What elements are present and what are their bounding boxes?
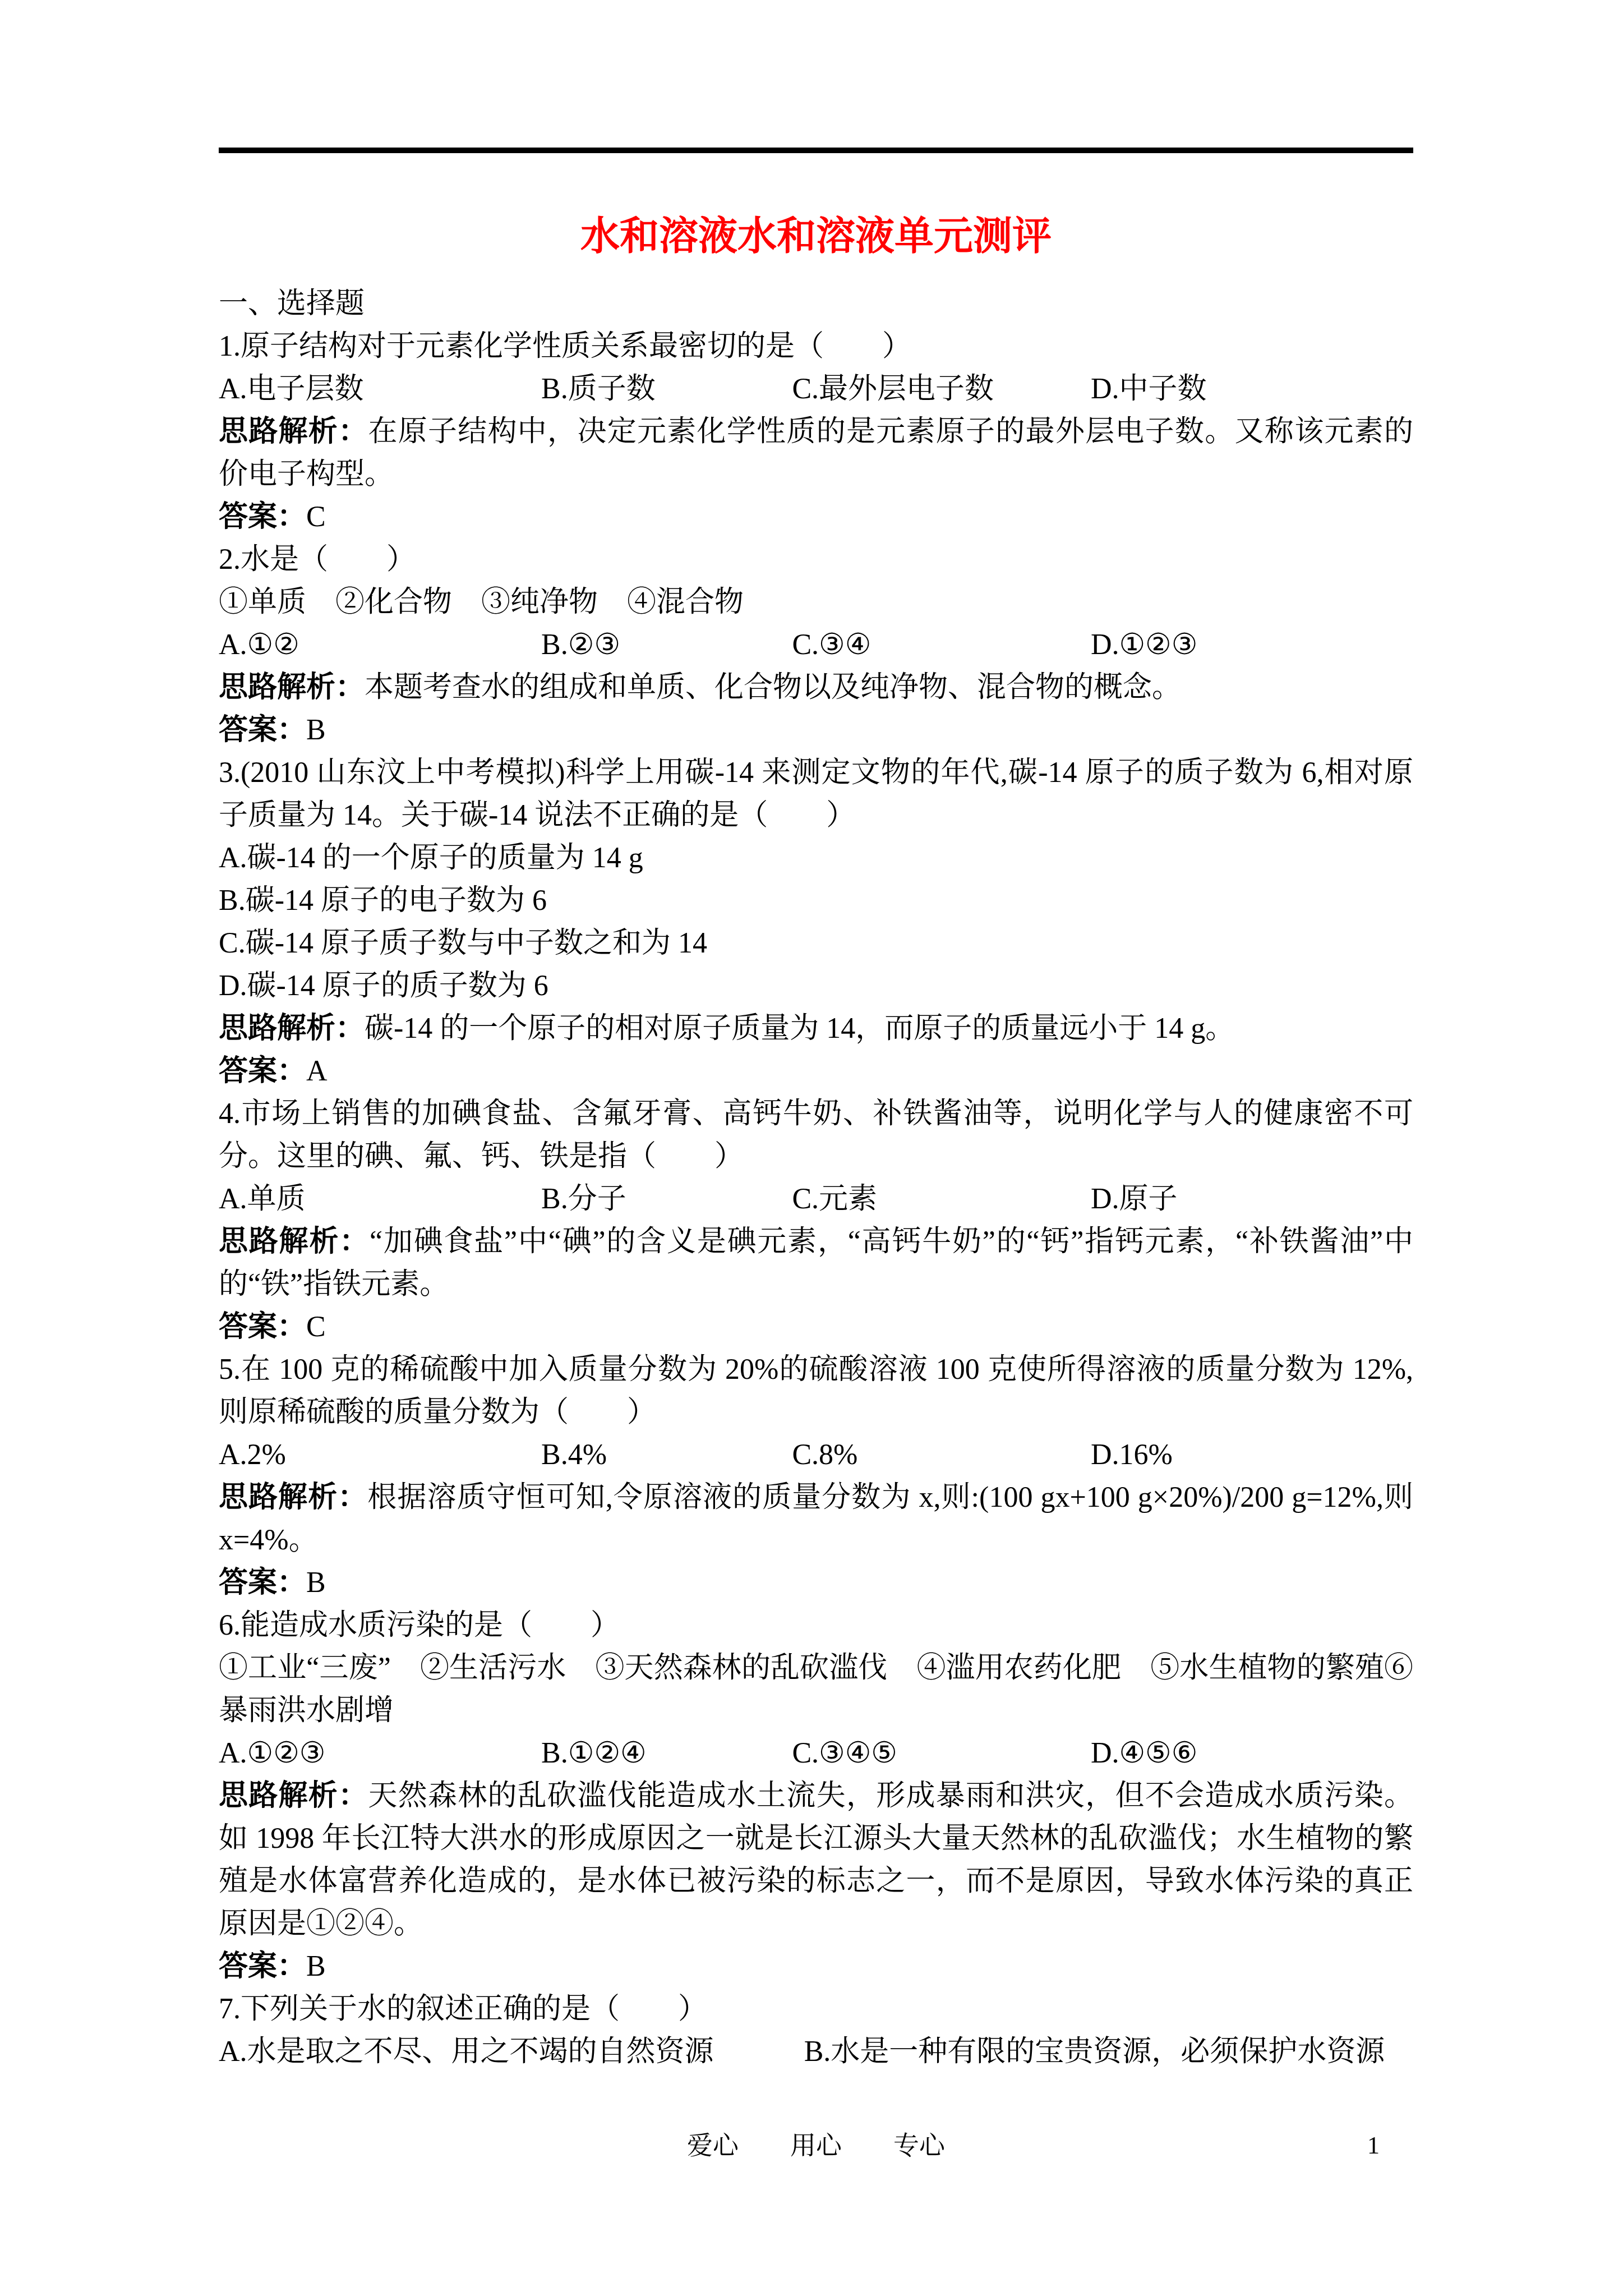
analysis-line: 思路解析：在原子结构中，决定元素化学性质的是元素原子的最外层电子数。又称该元素的… <box>219 411 1413 496</box>
answer-line: 答案：C <box>219 1306 1413 1349</box>
option-item: A.单质 <box>219 1178 541 1221</box>
option-item: B.②③ <box>541 624 792 666</box>
analysis-line: 思路解析：天然森林的乱砍滥伐能造成水土流失，形成暴雨和洪灾，但不会造成水质污染。… <box>219 1775 1413 1945</box>
answer-text: C <box>306 501 326 533</box>
answer-label: 答案： <box>219 1055 306 1087</box>
option-item: C.③④ <box>792 624 1091 666</box>
option-item: A.①②③ <box>219 1732 541 1775</box>
options-row: A.①②B.②③C.③④D.①②③ <box>219 624 1413 666</box>
header-rule <box>219 148 1413 153</box>
analysis-text: “加碘食盐”中“碘”的含义是碘元素，“高钙牛奶”的“钙”指钙元素，“补铁酱油”中… <box>219 1226 1413 1300</box>
answer-text: B <box>306 1567 326 1599</box>
option-item: B.质子数 <box>541 368 792 411</box>
question-line: 4.市场上销售的加碘食盐、含氟牙膏、高钙牛奶、补铁酱油等，说明化学与人的健康密不… <box>219 1093 1413 1178</box>
answer-text: C <box>306 1311 326 1343</box>
answer-line: 答案：C <box>219 496 1413 539</box>
document-body: 一、选择题1.原子结构对于元素化学性质关系最密切的是（ ）A.电子层数B.质子数… <box>219 283 1413 2073</box>
options-row: A.单质B.分子C.元素D.原子 <box>219 1178 1413 1221</box>
answer-text: A <box>306 1055 328 1087</box>
answer-label: 答案： <box>219 714 306 746</box>
answer-label: 答案： <box>219 501 306 533</box>
page-footer: 爱心 用心 专心 1 <box>219 2129 1413 2162</box>
options-row: A.电子层数B.质子数C.最外层电子数D.中子数 <box>219 368 1413 411</box>
question-line: 5.在 100 克的稀硫酸中加入质量分数为 20%的硫酸溶液 100 克使所得溶… <box>219 1349 1413 1434</box>
option-item: D.中子数 <box>1091 368 1413 411</box>
answer-line: 答案：B <box>219 1562 1413 1604</box>
document-page: 水和溶液水和溶液单元测评 一、选择题1.原子结构对于元素化学性质关系最密切的是（… <box>0 0 1623 2296</box>
analysis-label: 思路解析： <box>219 416 368 448</box>
analysis-label: 思路解析： <box>219 1780 368 1812</box>
answer-line: 答案：B <box>219 709 1413 752</box>
page-number: 1 <box>1367 2129 1380 2162</box>
analysis-text: 在原子结构中，决定元素化学性质的是元素原子的最外层电子数。又称该元素的价电子构型… <box>219 416 1413 490</box>
question-line: 7.下列关于水的叙述正确的是（ ） <box>219 1988 1413 2031</box>
option-item: B.①②④ <box>541 1732 792 1775</box>
analysis-text: 本题考查水的组成和单质、化合物以及纯净物、混合物的概念。 <box>365 671 1181 703</box>
analysis-text: 碳-14 的一个原子的相对原子质量为 14，而原子的质量远小于 14 g。 <box>365 1013 1234 1045</box>
option-item: C.③④⑤ <box>792 1732 1091 1775</box>
answer-label: 答案： <box>219 1311 306 1343</box>
option-item: C.元素 <box>792 1178 1091 1221</box>
question-line: 6.能造成水质污染的是（ ） <box>219 1604 1413 1647</box>
option-item: C.最外层电子数 <box>792 368 1091 411</box>
document-inner: 水和溶液水和溶液单元测评 一、选择题1.原子结构对于元素化学性质关系最密切的是（… <box>0 148 1623 2073</box>
answer-line: 答案：B <box>219 1945 1413 1988</box>
analysis-label: 思路解析： <box>219 671 365 703</box>
option-item: D.①②③ <box>1091 624 1413 666</box>
analysis-text: 天然森林的乱砍滥伐能造成水土流失，形成暴雨和洪灾，但不会造成水质污染。如 199… <box>219 1780 1413 1940</box>
analysis-label: 思路解析： <box>219 1013 365 1045</box>
section-heading: 一、选择题 <box>219 283 1413 325</box>
option-item: A.电子层数 <box>219 368 541 411</box>
analysis-text: 根据溶质守恒可知,令原溶液的质量分数为 x,则:(100 gx+100 g×20… <box>219 1481 1413 1556</box>
options-row: A.①②③B.①②④C.③④⑤D.④⑤⑥ <box>219 1732 1413 1775</box>
question-line: 2.水是（ ） <box>219 539 1413 581</box>
answer-text: B <box>306 714 326 746</box>
option-item: D.16% <box>1091 1434 1413 1476</box>
answer-label: 答案： <box>219 1567 306 1599</box>
question-line: A.碳-14 的一个原子的质量为 14 g <box>219 837 1413 880</box>
option-item: C.8% <box>792 1434 1091 1476</box>
option-item: D.原子 <box>1091 1178 1413 1221</box>
option-item: B.水是一种有限的宝贵资源，必须保护水资源 <box>804 2031 1413 2073</box>
question-line: ①工业“三废” ②生活污水 ③天然森林的乱砍滥伐 ④滥用农药化肥 ⑤水生植物的繁… <box>219 1647 1413 1732</box>
analysis-line: 思路解析：根据溶质守恒可知,令原溶液的质量分数为 x,则:(100 gx+100… <box>219 1476 1413 1562</box>
analysis-label: 思路解析： <box>219 1226 370 1258</box>
analysis-line: 思路解析：碳-14 的一个原子的相对原子质量为 14，而原子的质量远小于 14 … <box>219 1007 1413 1050</box>
footer-motto: 爱心 用心 专心 <box>219 2129 1413 2162</box>
option-item: B.4% <box>541 1434 792 1476</box>
question-line: ①单质 ②化合物 ③纯净物 ④混合物 <box>219 581 1413 624</box>
page-title: 水和溶液水和溶液单元测评 <box>219 216 1413 259</box>
options-row: A.2%B.4%C.8%D.16% <box>219 1434 1413 1476</box>
option-item: A.①② <box>219 624 541 666</box>
analysis-label: 思路解析： <box>219 1481 367 1513</box>
options-row: A.水是取之不尽、用之不竭的自然资源B.水是一种有限的宝贵资源，必须保护水资源 <box>219 2031 1413 2073</box>
analysis-line: 思路解析：“加碘食盐”中“碘”的含义是碘元素，“高钙牛奶”的“钙”指钙元素，“补… <box>219 1221 1413 1306</box>
question-line: C.碳-14 原子质子数与中子数之和为 14 <box>219 922 1413 965</box>
question-line: 1.原子结构对于元素化学性质关系最密切的是（ ） <box>219 325 1413 368</box>
answer-text: B <box>306 1950 326 1982</box>
question-line: B.碳-14 原子的电子数为 6 <box>219 880 1413 922</box>
question-line: D.碳-14 原子的质子数为 6 <box>219 965 1413 1007</box>
option-item: A.水是取之不尽、用之不竭的自然资源 <box>219 2031 804 2073</box>
option-item: B.分子 <box>541 1178 792 1221</box>
option-item: D.④⑤⑥ <box>1091 1732 1413 1775</box>
analysis-line: 思路解析：本题考查水的组成和单质、化合物以及纯净物、混合物的概念。 <box>219 666 1413 709</box>
question-line: 3.(2010 山东汶上中考模拟)科学上用碳-14 来测定文物的年代,碳-14 … <box>219 752 1413 837</box>
option-item: A.2% <box>219 1434 541 1476</box>
answer-label: 答案： <box>219 1950 306 1982</box>
answer-line: 答案：A <box>219 1050 1413 1093</box>
